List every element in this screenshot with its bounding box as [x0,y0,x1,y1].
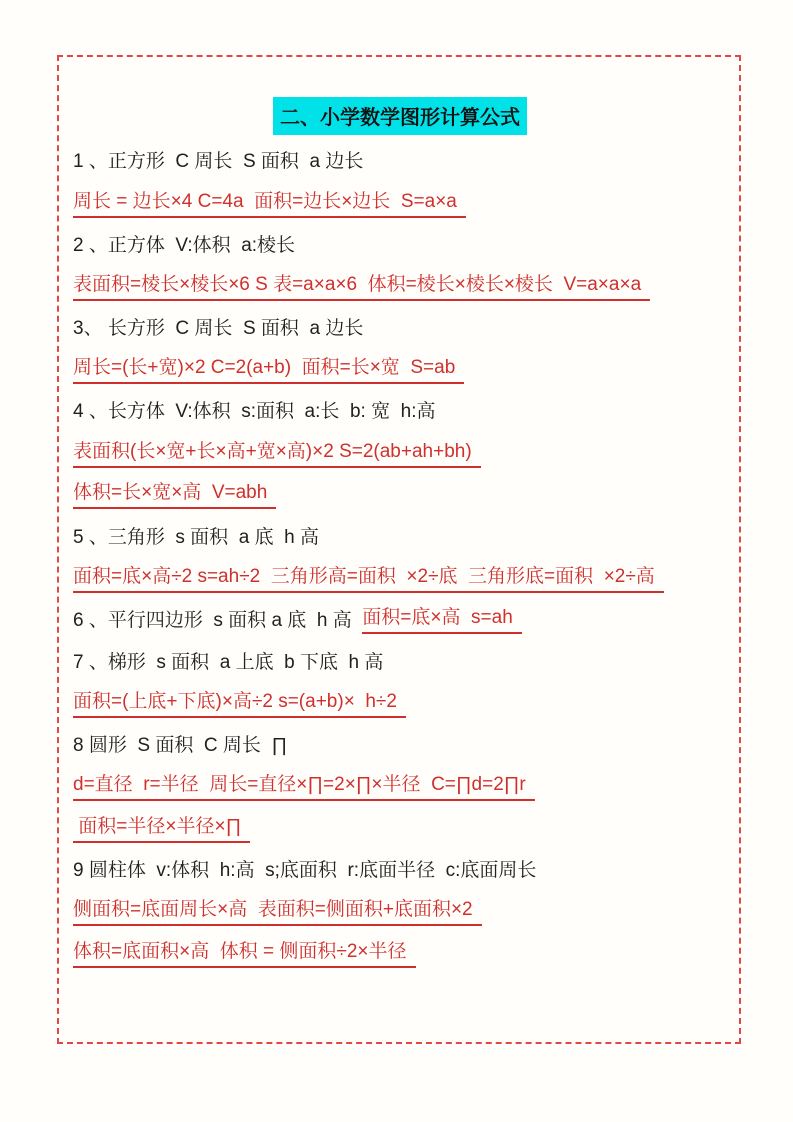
formula-line: 体积=长×宽×高 V=abh [73,473,727,515]
formula-underlined-text: 周长=(长+宽)×2 C=2(a+b) 面积=长×宽 S=ab [73,352,464,384]
formula-line: 周长=(长+宽)×2 C=2(a+b) 面积=长×宽 S=ab [73,347,727,389]
text-line: 5 、三角形 s 面积 a 底 h 高 [73,514,727,556]
formula-line: 面积=底×高÷2 s=ah÷2 三角形高=面积 ×2÷底 三角形底=面积 ×2÷… [73,556,727,598]
title-row: 二、小学数学图形计算公式 [73,97,727,139]
formula-line: 表面积=棱长×棱长×6 S 表=a×a×6 体积=棱长×棱长×棱长 V=a×a×… [73,264,727,306]
formula-line: 周长 = 边长×4 C=4a 面积=边长×边长 S=a×a [73,181,727,223]
text-line-with-formula: 6 、平行四边形 s 面积 a 底 h 高 面积=底×高 s=ah [73,598,727,640]
formula-underlined-text: 面积=半径×半径×∏ [73,811,250,843]
formula-line: 体积=底面积×高 体积 = 侧面积÷2×半径 [73,931,727,973]
formula-underlined-text: 表面积(长×宽+长×高+宽×高)×2 S=2(ab+ah+bh) [73,436,481,468]
text-line: 2 、正方体 V:体积 a:棱长 [73,222,727,264]
page-title: 二、小学数学图形计算公式 [273,97,527,135]
text-line: 9 圆柱体 v:体积 h:高 s;底面积 r:底面半径 c:底面周长 [73,848,727,890]
formula-line: 面积=半径×半径×∏ [73,806,727,848]
text-line: 4 、长方体 V:体积 s:面积 a:长 b: 宽 h:高 [73,389,727,431]
formula-underlined-text: 侧面积=底面周长×高 表面积=侧面积+底面积×2 [73,894,482,926]
text-segment: 6 、平行四边形 s 面积 a 底 h 高 [73,605,362,632]
formula-line: 侧面积=底面周长×高 表面积=侧面积+底面积×2 [73,889,727,931]
formula-line: 面积=(上底+下底)×高÷2 s=(a+b)× h÷2 [73,681,727,723]
text-line: 3、 长方形 C 周长 S 面积 a 边长 [73,306,727,348]
text-line: 1 、正方形 C 周长 S 面积 a 边长 [73,139,727,181]
text-line: 7 、梯形 s 面积 a 上底 b 下底 h 高 [73,639,727,681]
formula-underlined-text: 面积=底×高 s=ah [362,602,521,634]
formula-underlined-text: 体积=长×宽×高 V=abh [73,477,276,509]
formula-underlined-text: 面积=底×高÷2 s=ah÷2 三角形高=面积 ×2÷底 三角形底=面积 ×2÷… [73,561,664,593]
formula-underlined-text: 表面积=棱长×棱长×6 S 表=a×a×6 体积=棱长×棱长×棱长 V=a×a×… [73,269,650,301]
formula-line: 表面积(长×宽+长×高+宽×高)×2 S=2(ab+ah+bh) [73,431,727,473]
text-line: 8 圆形 S 面积 C 周长 ∏ [73,723,727,765]
formula-underlined-text: d=直径 r=半径 周长=直径×∏=2×∏×半径 C=∏d=2∏r [73,769,535,801]
formula-underlined-text: 体积=底面积×高 体积 = 侧面积÷2×半径 [73,936,416,968]
document-page: 二、小学数学图形计算公式 1 、正方形 C 周长 S 面积 a 边长 周长 = … [57,55,741,1044]
formula-line: d=直径 r=半径 周长=直径×∏=2×∏×半径 C=∏d=2∏r [73,764,727,806]
formula-underlined-text: 面积=(上底+下底)×高÷2 s=(a+b)× h÷2 [73,686,406,718]
formula-underlined-text: 周长 = 边长×4 C=4a 面积=边长×边长 S=a×a [73,186,466,218]
